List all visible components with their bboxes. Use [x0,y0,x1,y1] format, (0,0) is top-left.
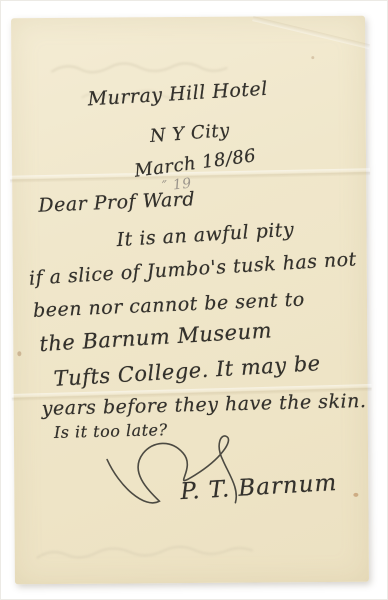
heading-city-line: N Y City [149,120,230,147]
foxing-spot [311,56,314,59]
body-line: the Barnum Museum [39,318,273,356]
foxing-spot [17,351,21,356]
heading-hotel-line: Murray Hill Hotel [87,78,268,111]
body-line: if a slice of Jumbo's tusk has not [28,248,357,289]
salutation-line: Dear Prof Ward [38,188,196,217]
heading-date-line: March 18/86 [133,145,257,182]
body-line: Tufts College. It may be [53,351,321,391]
signature: P. T. Barnum [180,470,338,505]
foxing-spot [353,493,358,497]
fold-crease [252,16,370,49]
letter-photo: Murray Hill Hotel N Y City March 18/86 ″… [0,0,388,600]
ghost-writing [29,536,279,578]
body-line: years before they have the skin. [42,390,367,420]
body-line: It is an awful pity [116,219,295,252]
body-line: Is it too late? [54,420,168,442]
letter-paper: Murray Hill Hotel N Y City March 18/86 ″… [11,16,369,584]
body-line: been nor cannot be sent to [33,288,305,321]
